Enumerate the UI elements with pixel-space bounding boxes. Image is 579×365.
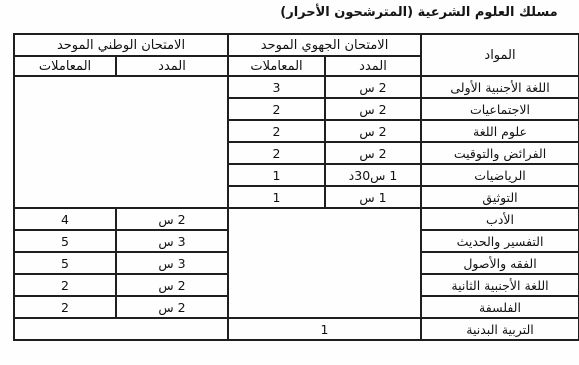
national-duration-cell: 2 س — [116, 274, 228, 296]
national-coefficient-cell: 5 — [14, 252, 116, 274]
national-durations-header: المدد — [116, 56, 228, 76]
national-duration-cell: 3 س — [116, 230, 228, 252]
regional-duration-cell: 1 س30د — [325, 164, 421, 186]
regional-coefficient-cell: 3 — [228, 76, 325, 98]
national-exam-header: الامتحان الوطني الموحد — [14, 34, 228, 56]
regional-duration-cell: 2 س — [325, 142, 421, 164]
regional-coefficient-cell: 2 — [228, 98, 325, 120]
regional-durations-header: المدد — [325, 56, 421, 76]
subject-cell: علوم اللغة — [421, 120, 579, 142]
regional-coefficients-header: المعاملات — [228, 56, 325, 76]
regional-coefficient-cell: 2 — [228, 120, 325, 142]
exam-schedule-table: المواد الامتحان الجهوي الموحد الامتحان ا… — [13, 33, 579, 341]
subject-cell: التوثيق — [421, 186, 579, 208]
table-row: اللغة الأجنبية الأولى 2 س 3 — [14, 76, 579, 98]
subjects-column-header: المواد — [421, 34, 579, 76]
regional-coefficient-cell: 1 — [228, 186, 325, 208]
national-coefficient-cell: 4 — [14, 208, 116, 230]
national-duration-cell: 2 س — [116, 208, 228, 230]
regional-duration-cell: 2 س — [325, 98, 421, 120]
regional-duration-cell: 2 س — [325, 76, 421, 98]
subject-cell: اللغة الأجنبية الثانية — [421, 274, 579, 296]
document-title: مسلك العلوم الشرعية (المترشحون الأحرار) — [279, 5, 559, 20]
subject-cell: الأدب — [421, 208, 579, 230]
regional-coefficient-cell: 1 — [228, 164, 325, 186]
regional-empty-region — [228, 208, 421, 318]
subject-cell: الفقه والأصول — [421, 252, 579, 274]
table-row: التربية البدنية 1 — [14, 318, 579, 340]
regional-exam-header: الامتحان الجهوي الموحد — [228, 34, 421, 56]
subject-cell: التفسير والحديث — [421, 230, 579, 252]
subject-cell: الاجتماعيات — [421, 98, 579, 120]
regional-duration-cell: 1 س — [325, 186, 421, 208]
national-coefficient-cell: 2 — [14, 274, 116, 296]
scanned-document-page: مسلك العلوم الشرعية (المترشحون الأحرار) … — [0, 0, 579, 365]
national-empty-region — [14, 76, 228, 208]
subject-cell: الرياضيات — [421, 164, 579, 186]
subject-cell: الفلسفة — [421, 296, 579, 318]
national-coefficient-cell: 5 — [14, 230, 116, 252]
subject-cell: اللغة الأجنبية الأولى — [421, 76, 579, 98]
regional-coefficient-cell: 2 — [228, 142, 325, 164]
regional-footer-value-cell: 1 — [228, 318, 421, 340]
subject-cell: الفرائض والتوقيت — [421, 142, 579, 164]
national-duration-cell: 3 س — [116, 252, 228, 274]
subject-cell: التربية البدنية — [421, 318, 579, 340]
national-coefficients-header: المعاملات — [14, 56, 116, 76]
table-row: الأدب 2 س 4 — [14, 208, 579, 230]
national-duration-cell: 2 س — [116, 296, 228, 318]
national-coefficient-cell: 2 — [14, 296, 116, 318]
national-footer-empty-cell — [14, 318, 228, 340]
regional-duration-cell: 2 س — [325, 120, 421, 142]
